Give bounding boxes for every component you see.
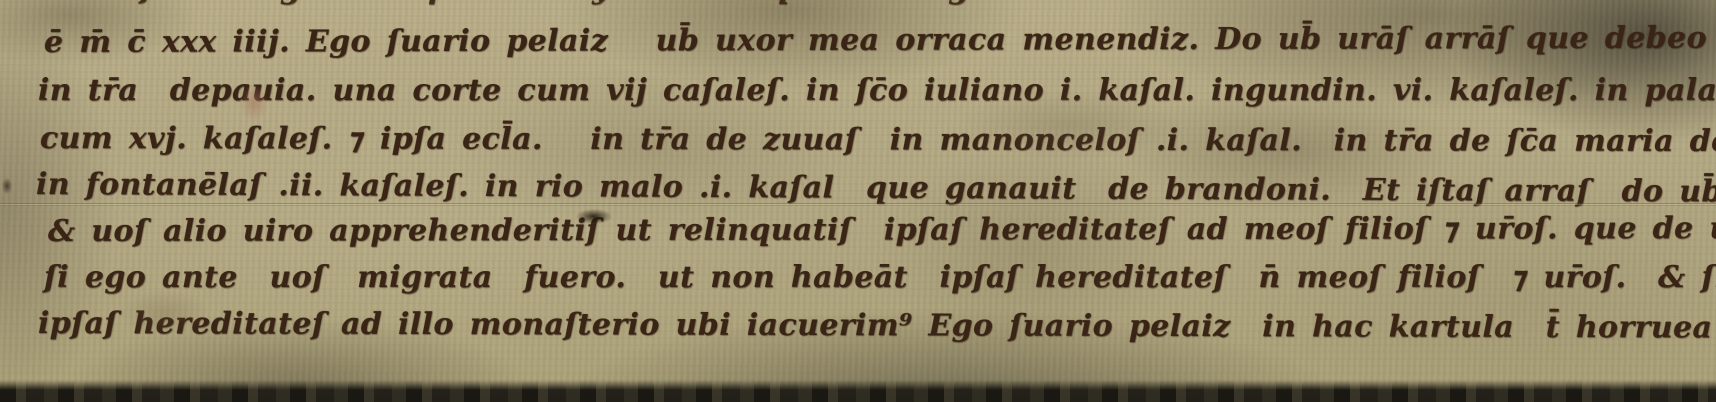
manuscript-line-7: ipſaſ hereditateſ ad illo monaſterio ubi… [38, 305, 1716, 348]
edge-ink-mark [2, 178, 12, 194]
manuscript-line-3: cum xvj. kaſaleſ. ⁊ ipſa ecl̄a. in tr̄a … [40, 120, 1716, 161]
manuscript-line-6: ſi ego ante uoſ migrata fuero. ut non ha… [44, 259, 1716, 297]
manuscript-line-5: & uoſ alio uiro apprehenderitiſ ut relin… [48, 210, 1716, 251]
manuscript-line-4: in fontanēlaſ .ii. kaſaleſ. in rio malo … [36, 166, 1716, 212]
cropped-line-bottom [0, 380, 1716, 402]
parchment-photo: ſ g p y q g ē m̄ c̄ xxx iiij. Ego ſuario… [0, 0, 1716, 402]
manuscript-line-1: ē m̄ c̄ xxx iiij. Ego ſuario pelaiz ub̄ … [44, 19, 1716, 62]
manuscript-line-2: in tr̄a depauia. una corte cum vij caſal… [38, 72, 1716, 110]
cropped-line-top: ſ g p y q g [140, 0, 970, 8]
